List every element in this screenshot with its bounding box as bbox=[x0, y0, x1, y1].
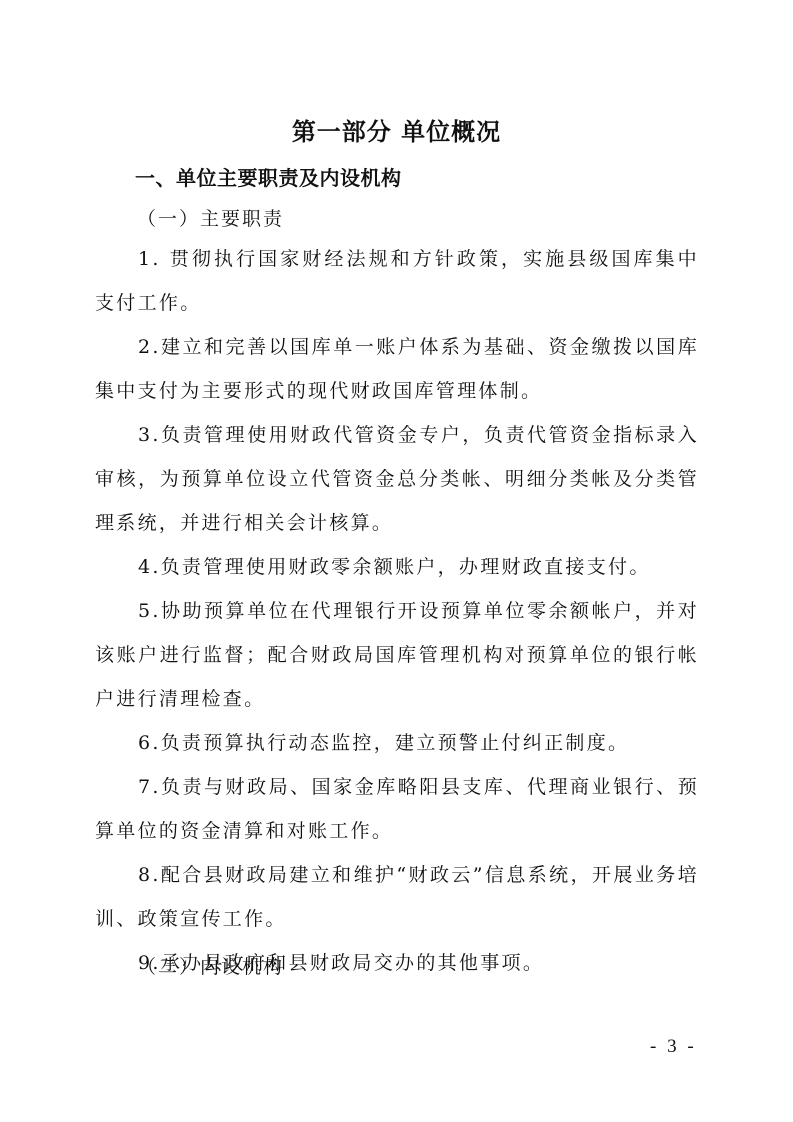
duty-item-3: 3.负责管理使用财政代管资金专户，负责代管资金指标录入审核，为预算单位设立代管资… bbox=[95, 413, 699, 545]
subsection-heading-duties: （一）主要职责 bbox=[137, 205, 284, 233]
duty-item-1: 1. 贯彻执行国家财经法规和方针政策，实施县级国库集中支付工作。 bbox=[95, 237, 699, 325]
duty-item-4: 4.负责管理使用财政零余额账户，办理财政直接支付。 bbox=[95, 545, 699, 589]
page-number: - 3 - bbox=[650, 1034, 697, 1060]
part-title: 第一部分 单位概况 bbox=[0, 116, 793, 148]
duty-item-5: 5.协助预算单位在代理银行开设预算单位零余额帐户，并对该账户进行监督；配合财政局… bbox=[95, 589, 699, 721]
duties-list: 1. 贯彻执行国家财经法规和方针政策，实施县级国库集中支付工作。 2.建立和完善… bbox=[95, 237, 699, 985]
subsection-heading-structure: （二）内设机构 bbox=[137, 953, 284, 981]
duty-item-2: 2.建立和完善以国库单一账户体系为基础、资金缴拨以国库集中支付为主要形式的现代财… bbox=[95, 325, 699, 413]
section-heading: 一、单位主要职责及内设机构 bbox=[135, 163, 402, 193]
duty-item-8: 8.配合县财政局建立和维护“财政云”信息系统，开展业务培训、政策宣传工作。 bbox=[95, 853, 699, 941]
duty-item-7: 7.负责与财政局、国家金库略阳县支库、代理商业银行、预算单位的资金清算和对账工作… bbox=[95, 765, 699, 853]
duty-item-6: 6.负责预算执行动态监控，建立预警止付纠正制度。 bbox=[95, 721, 699, 765]
document-page: 第一部分 单位概况 一、单位主要职责及内设机构 （一）主要职责 1. 贯彻执行国… bbox=[0, 0, 793, 1122]
